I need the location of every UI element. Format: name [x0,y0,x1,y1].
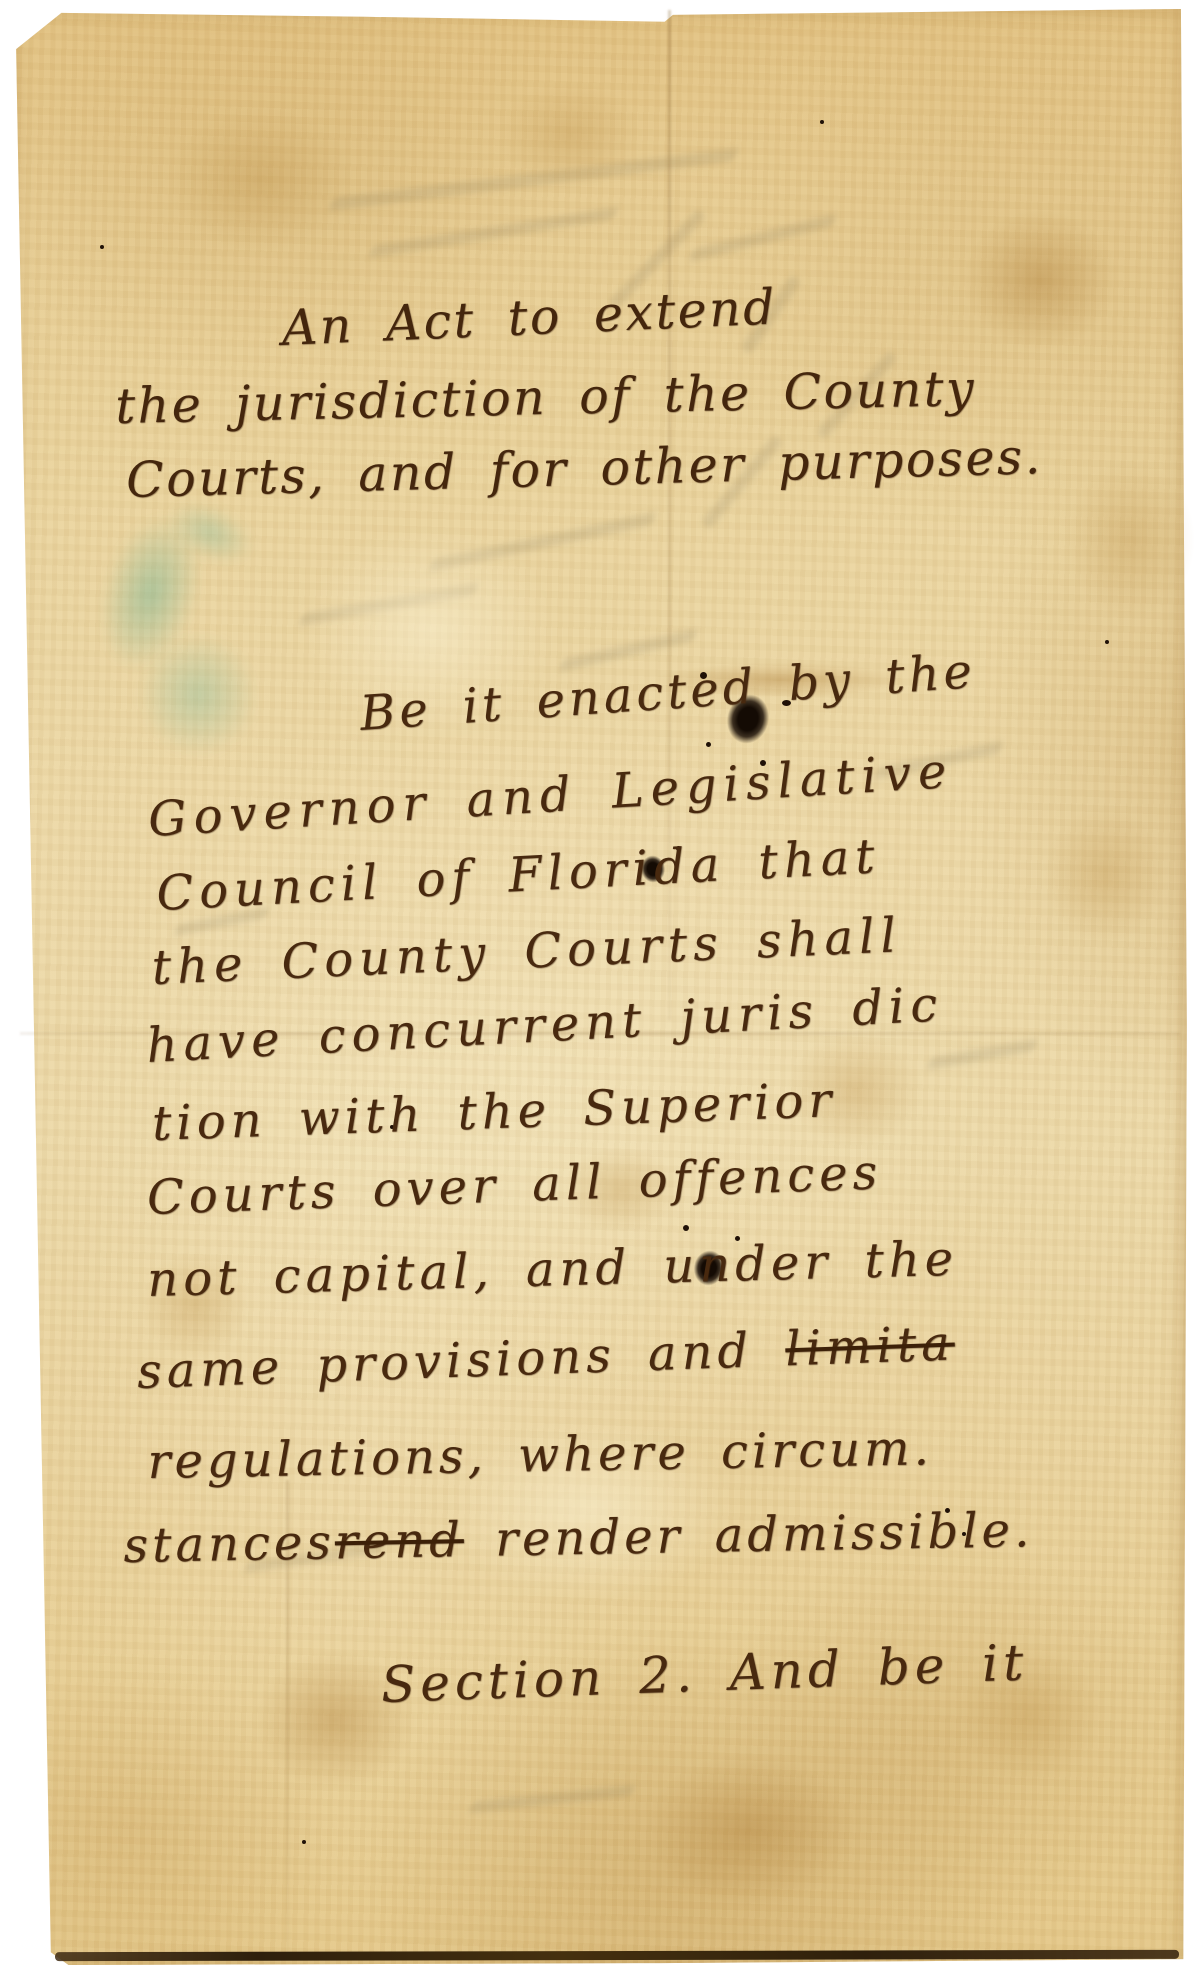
handwritten-text: Courts, and for other purposes. [126,428,1044,509]
bleed-through-mark [428,512,656,573]
ink-spatter [683,1225,689,1231]
handwritten-text: tion with the Superior [151,1072,837,1152]
manuscript-content: An Act to extend the jurisdiction of the… [0,0,1200,1980]
stain [1040,430,1200,650]
scanner-background: An Act to extend the jurisdiction of the… [0,0,1200,1980]
body-line-10: regulations, where circum. [147,1420,933,1490]
bleed-through-mark [298,582,479,626]
handwritten-text: same provisions and [136,1321,786,1400]
title-line-3: Courts, and for other purposes. [126,428,1044,509]
section-line: Section 2. And be it [380,1633,1029,1714]
handwritten-text: Council of Florida that [155,828,882,922]
body-line-7: Courts over all offences [146,1144,883,1226]
body-line-6: tion with the Superior [151,1072,837,1152]
bleed-through-mark [327,148,739,212]
handwritten-text: render admissible. [463,1502,1033,1568]
handwritten-text: Section 2. And be it [380,1633,1029,1714]
stain [930,180,1150,380]
underlying-page-edge [55,1950,1179,1961]
stain [600,1720,900,1940]
stain [220,1620,450,1820]
handwritten-text: An Act to extend [281,278,779,357]
body-line-8: not capital, and under the [147,1231,959,1308]
body-line-11: stancesrend render admissible. [123,1502,1034,1574]
handwritten-text: the jurisdiction of the County [115,360,977,435]
body-line-3: Council of Florida that [155,828,882,922]
ink-spatter [1105,640,1109,644]
ink-spatter [302,1840,306,1844]
handwritten-text: stances [123,1514,335,1574]
ink-spatter [706,742,711,747]
handwritten-text: Courts over all offences [146,1144,883,1226]
bleed-through-mark [468,1785,636,1814]
body-line-4: the County Courts shall [151,907,903,996]
stain [130,80,390,280]
title-line-2: the jurisdiction of the County [115,360,977,435]
bleed-through-mark [689,213,837,262]
ink-spatter [100,245,104,249]
struck-word: rend [334,1512,464,1570]
handwritten-text: regulations, where circum. [147,1420,933,1490]
struck-word: limita [784,1315,955,1377]
handwritten-text: not capital, and under the [147,1231,959,1308]
bleed-through-mark [368,206,619,258]
title-line-1: An Act to extend [281,278,779,357]
stain [1020,780,1190,970]
body-line-9: same provisions and limita [136,1315,956,1400]
ink-spatter [820,120,824,124]
handwritten-text: the County Courts shall [151,907,903,996]
blue-pencil-smudge [103,597,294,792]
bleed-through-mark [926,1039,1038,1071]
